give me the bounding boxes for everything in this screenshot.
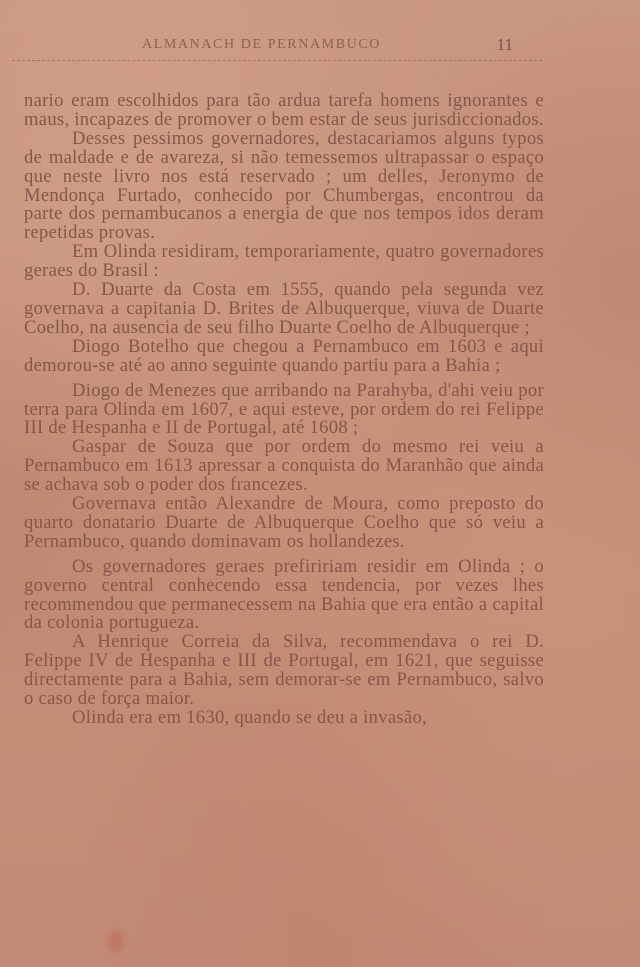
page-number: 11 (497, 35, 513, 55)
paper-stain (108, 930, 124, 952)
paragraph-alexandre-de-moura: Governava então Alexandre de Moura, como… (24, 495, 544, 552)
body-text: nario eram escolhidos para tão ardua tar… (24, 92, 544, 728)
paragraph-continuation: nario eram escolhidos para tão ardua tar… (24, 92, 544, 130)
paragraph-olinda-governors: Em Olinda residiram, temporariamente, qu… (24, 243, 544, 281)
paragraph-diogo-botelho: Diogo Botelho que chegou a Pernambuco em… (24, 338, 544, 376)
document-page: ALMANACH DE PERNAMBUCO 11 nario eram esc… (0, 0, 640, 967)
header-divider (12, 60, 542, 61)
running-title: ALMANACH DE PERNAMBUCO (142, 37, 381, 53)
paragraph-henrique-correia: A Henrique Correia da Silva, recommendav… (24, 633, 544, 709)
paragraph-duarte-da-costa: D. Duarte da Costa em 1555, quando pela … (24, 281, 544, 338)
paragraph-bad-governors: Desses pessimos governadores, destacaria… (24, 130, 544, 243)
paragraph-olinda-1630: Olinda era em 1630, quando se deu a inva… (24, 709, 544, 728)
paragraph-diogo-de-menezes: Diogo de Menezes que arribando na Parahy… (24, 382, 544, 439)
paragraph-gaspar-de-souza: Gaspar de Souza que por ordem do mesmo r… (24, 438, 544, 495)
running-head: ALMANACH DE PERNAMBUCO 11 (142, 34, 517, 56)
paragraph-governors-preference: Os governadores geraes prefiririam resid… (24, 558, 544, 634)
